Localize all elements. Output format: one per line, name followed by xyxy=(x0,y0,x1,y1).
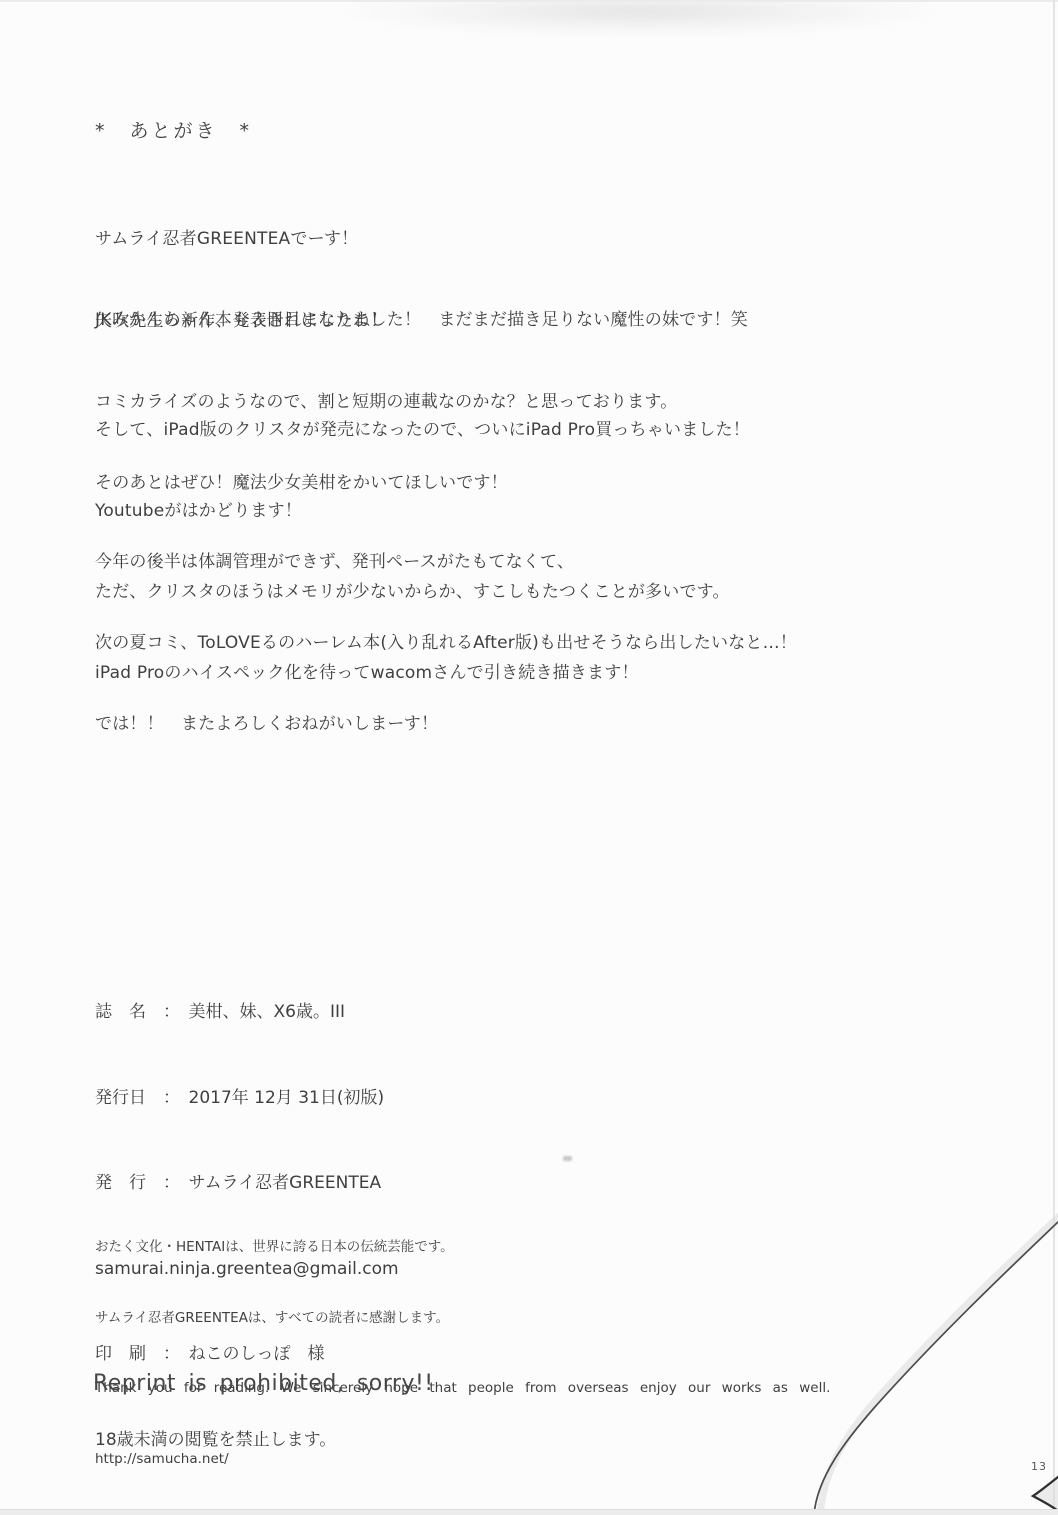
scanned-afterword-page: * あとがき * サムライ忍者GREENTEAでーす！ JKみかんちゃん本も３冊… xyxy=(0,0,1058,1515)
text-line: 今年の後半は体調管理ができず、発刊ペースがたもてなくて、 xyxy=(95,549,797,576)
scan-edge-right xyxy=(1053,0,1055,1515)
scan-speck xyxy=(563,1156,572,1161)
text-line: そして、iPad版のクリスタが発売になったので、ついにiPad Pro買っちゃい… xyxy=(95,417,750,444)
text-line: おたく文化・HENTAIは、世界に誇る日本の伝統芸能です。 xyxy=(95,1236,830,1260)
reprint-notice: Reprint is prohibited, sorry!! xyxy=(93,1371,434,1396)
text-line: 矢吹先生の新作、発表されましたね！ xyxy=(95,308,677,335)
url-text: http://samucha.net/ xyxy=(95,1448,830,1472)
colophon-title-line: 誌 名 ： 美柑、妹、X6歳。III xyxy=(95,998,399,1027)
colophon-date-line: 発行日 ： 2017年 12月 31日(初版) xyxy=(95,1084,399,1113)
text-line: 次の夏コミ、ToLOVEるのハーレム本(入り乱れるAfter版)も出せそうなら出… xyxy=(95,630,797,657)
text-line: では！！ またよろしくおねがいしまーす！ xyxy=(95,711,797,738)
page-curl-shade xyxy=(820,1214,1058,1515)
text-line: サムライ忍者GREENTEAでーす！ xyxy=(95,226,748,253)
afterword-paragraph-4: 今年の後半は体調管理ができず、発刊ペースがたもてなくて、 次の夏コミ、ToLOV… xyxy=(95,495,797,792)
scan-bleedthrough-smudge xyxy=(350,0,930,36)
scan-edge-top xyxy=(0,0,1058,2)
scan-edge-bottom xyxy=(0,1509,1058,1515)
page-number: 13 xyxy=(1031,1460,1047,1473)
page-curl-line xyxy=(814,1222,1058,1515)
afterword-title: * あとがき * xyxy=(95,118,252,145)
credits-block: おたく文化・HENTAIは、世界に誇る日本の伝統芸能です。 サムライ忍者GREE… xyxy=(95,1189,830,1515)
text-line: サムライ忍者GREENTEAは、すべての読者に感謝します。 xyxy=(95,1307,830,1331)
